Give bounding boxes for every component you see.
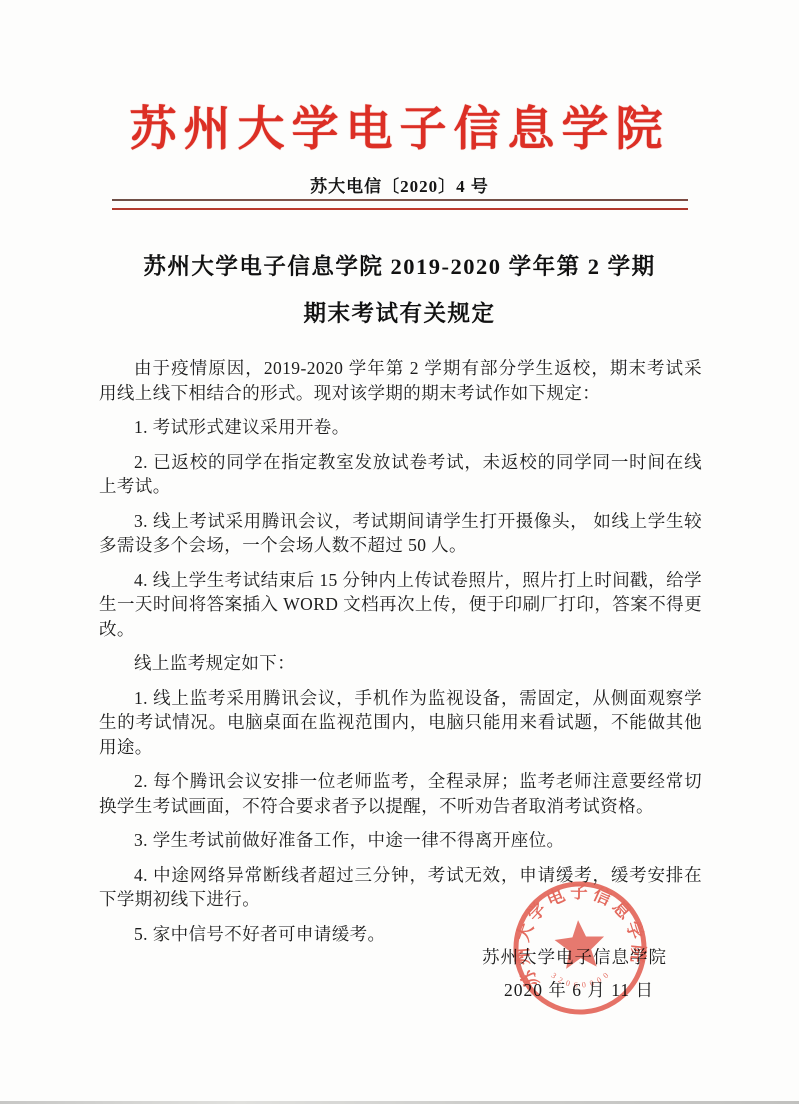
body-paragraph: 4. 中途网络异常断线者超过三分钟，考试无效，申请缓考，缓考安排在下学期初线下进… [99, 863, 702, 912]
document-title-line2: 期末考试有关规定 [0, 290, 799, 337]
letterhead-org-title: 苏州大学电子信息学院 [0, 92, 799, 159]
header-divider-red-line [112, 208, 688, 210]
body-paragraph: 5. 家中信号不好者可申请缓考。 [99, 922, 702, 947]
body-paragraph: 由于疫情原因，2019-2020 学年第 2 学期有部分学生返校，期末考试采用线… [99, 356, 702, 405]
header-divider [112, 199, 688, 210]
document-title-line1: 苏州大学电子信息学院 2019-2020 学年第 2 学期 [0, 243, 799, 290]
header-divider-dark-line [112, 199, 688, 201]
signature-org-name: 苏州大学电子信息学院 [482, 944, 667, 969]
body-paragraph: 3. 学生考试前做好准备工作，中途一律不得离开座位。 [99, 828, 702, 853]
signature-date: 2020 年 6 月 11 日 [504, 977, 654, 1002]
body-paragraph: 1. 线上监考采用腾讯会议，手机作为监视设备，需固定，从侧面观察学生的考试情况。… [99, 686, 702, 760]
body-paragraph: 1. 考试形式建议采用开卷。 [99, 415, 702, 440]
body-paragraph: 3. 线上考试采用腾讯会议，考试期间请学生打开摄像头， 如线上学生较多需设多个会… [99, 509, 702, 558]
body-paragraph: 线上监考规定如下： [99, 651, 702, 676]
document-body: 由于疫情原因，2019-2020 学年第 2 学期有部分学生返校，期末考试采用线… [99, 356, 702, 956]
body-paragraph: 2. 已返校的同学在指定教室发放试卷考试，未返校的同学同一时间在线上考试。 [99, 450, 702, 499]
body-paragraph: 2. 每个腾讯会议安排一位老师监考，全程录屏；监考老师注意要经常切换学生考试画面… [99, 769, 702, 818]
document-title: 苏州大学电子信息学院 2019-2020 学年第 2 学期 期末考试有关规定 [0, 243, 799, 337]
doc-number: 苏大电信〔2020〕4 号 [0, 172, 799, 197]
scanned-document-page: 苏州大学电子信息学院 苏大电信〔2020〕4 号 苏州大学电子信息学院 2019… [0, 0, 799, 1104]
body-paragraph: 4. 线上学生考试结束后 15 分钟内上传试卷照片，照片打上时间戳，给学生一天时… [99, 568, 702, 642]
